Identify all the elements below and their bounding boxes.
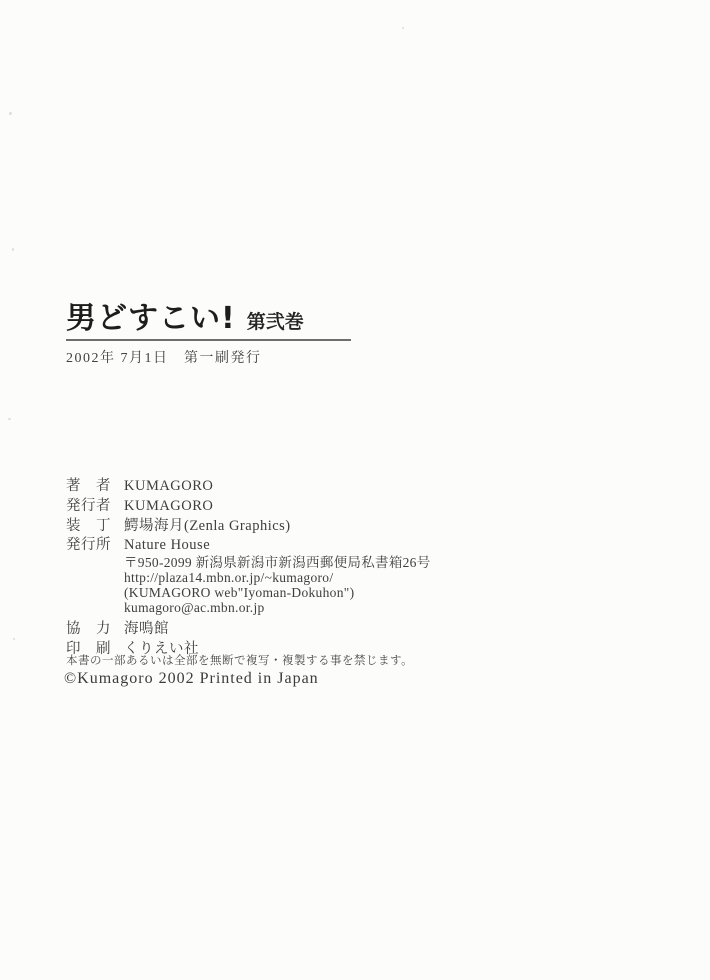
scan-speck: [12, 248, 14, 251]
book-volume: 第弐巻: [247, 307, 304, 334]
credit-value: KUMAGORO: [124, 497, 213, 517]
credit-row-design: 装 丁 鰐場海月(Zenla Graphics): [66, 517, 431, 537]
credit-value: 鰐場海月(Zenla Graphics): [124, 517, 291, 537]
title-block: 男どすこい! 第弐巻: [66, 293, 304, 337]
title-underline: [66, 339, 351, 341]
credit-label: 装 丁: [66, 517, 112, 537]
scan-speck: [402, 27, 404, 29]
credit-label: 著 者: [66, 477, 112, 497]
credit-label: 協 力: [66, 620, 112, 640]
book-title: 男どすこい!: [66, 293, 236, 337]
publisher-details: 〒950-2099 新潟県新潟市新潟西郵便局私書箱26号 http://plaz…: [124, 556, 431, 615]
scan-speck: [9, 112, 12, 115]
credit-row-publisher-person: 発行者 KUMAGORO: [66, 497, 431, 517]
credit-row-cooperation: 協 力 海鳴館: [66, 620, 431, 640]
publisher-address: 〒950-2099 新潟県新潟市新潟西郵便局私書箱26号: [124, 556, 431, 570]
credit-value: Nature House: [124, 536, 210, 556]
colophon-block: 著 者 KUMAGORO 発行者 KUMAGORO 装 丁 鰐場海月(Zenla…: [66, 477, 431, 660]
scan-speck: [13, 638, 15, 640]
reproduction-notice: 本書の一部あるいは全部を無断で複写・複製する事を禁じます。: [66, 652, 413, 668]
publisher-url: http://plaza14.mbn.or.jp/~kumagoro/: [124, 571, 431, 585]
publisher-email: kumagoro@ac.mbn.or.jp: [124, 601, 431, 615]
publisher-web-name: (KUMAGORO web"Iyoman-Dokuhon"): [124, 586, 431, 600]
credit-value: KUMAGORO: [124, 477, 213, 497]
credit-row-publishing-house: 発行所 Nature House: [66, 536, 431, 556]
credit-row-author: 著 者 KUMAGORO: [66, 477, 431, 497]
copyright-line: ©Kumagoro 2002 Printed in Japan: [64, 670, 319, 688]
credit-label: 発行者: [66, 497, 112, 517]
print-date-line: 2002年 7月1日 第一刷発行: [66, 347, 262, 367]
credit-label: 発行所: [66, 536, 112, 556]
scan-speck: [8, 418, 11, 420]
colophon-page: 男どすこい! 第弐巻 2002年 7月1日 第一刷発行 著 者 KUMAGORO…: [0, 0, 710, 980]
credit-value: 海鳴館: [124, 620, 169, 640]
